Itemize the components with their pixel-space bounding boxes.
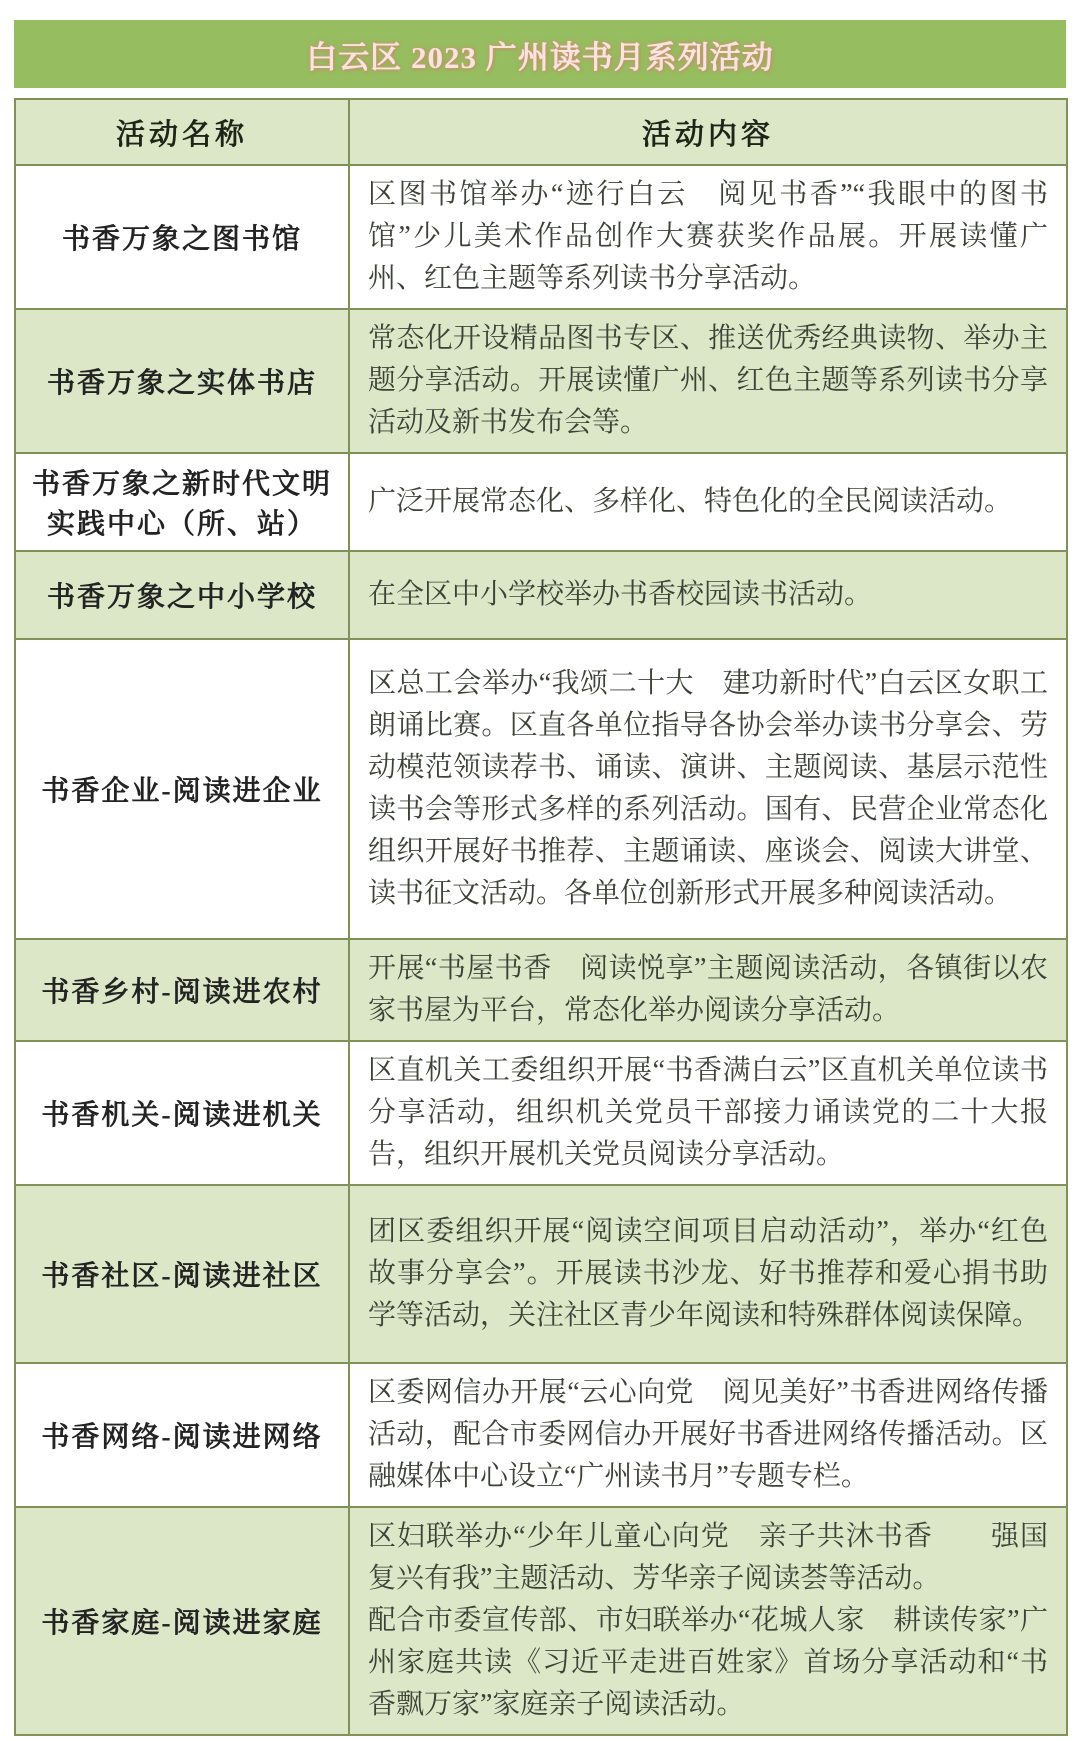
table-row: 书香网络-阅读进网络 区委网信办开展“云心向党 阅见美好”书香进网络传播活动，配… [15,1363,1067,1507]
activity-content: 区委网信办开展“云心向党 阅见美好”书香进网络传播活动，配合市委网信办开展好书香… [349,1363,1067,1507]
activity-name: 书香企业-阅读进企业 [15,639,349,939]
activity-content: 在全区中小学校举办书香校园读书活动。 [349,551,1067,639]
activity-name: 书香万象之实体书店 [15,309,349,453]
activity-content: 团区委组织开展“阅读空间项目启动活动”，举办“红色故事分享会”。开展读书沙龙、好… [349,1185,1067,1363]
activity-name: 书香乡村-阅读进农村 [15,939,349,1041]
column-header-activity-content: 活动内容 [349,99,1067,165]
activity-name: 书香万象之新时代文明实践中心（所、站） [15,453,349,551]
activity-content: 开展“书屋书香 阅读悦享”主题阅读活动，各镇街以农家书屋为平台，常态化举办阅读分… [349,939,1067,1041]
table-row: 书香万象之新时代文明实践中心（所、站） 广泛开展常态化、多样化、特色化的全民阅读… [15,453,1067,551]
column-header-activity-name: 活动名称 [15,99,349,165]
activity-name: 书香万象之中小学校 [15,551,349,639]
table-row: 书香家庭-阅读进家庭 区妇联举办“少年儿童心向党 亲子共沐书香 强国复兴有我”主… [15,1507,1067,1735]
table-body: 书香万象之图书馆 区图书馆举办“迹行白云 阅见书香”“我眼中的图书馆”少儿美术作… [15,165,1067,1735]
activity-name: 书香万象之图书馆 [15,165,349,309]
table-row: 书香乡村-阅读进农村 开展“书屋书香 阅读悦享”主题阅读活动，各镇街以农家书屋为… [15,939,1067,1041]
table-row: 书香企业-阅读进企业 区总工会举办“我颂二十大 建功新时代”白云区女职工朗诵比赛… [15,639,1067,939]
activity-name: 书香家庭-阅读进家庭 [15,1507,349,1735]
activity-content: 区图书馆举办“迹行白云 阅见书香”“我眼中的图书馆”少儿美术作品创作大赛获奖作品… [349,165,1067,309]
table-row: 书香社区-阅读进社区 团区委组织开展“阅读空间项目启动活动”，举办“红色故事分享… [15,1185,1067,1363]
table-header: 活动名称 活动内容 [15,99,1067,165]
activity-content: 区妇联举办“少年儿童心向党 亲子共沐书香 强国复兴有我”主题活动、芳华亲子阅读荟… [349,1507,1067,1735]
table-row: 书香万象之图书馆 区图书馆举办“迹行白云 阅见书香”“我眼中的图书馆”少儿美术作… [15,165,1067,309]
activity-name: 书香机关-阅读进机关 [15,1041,349,1185]
title-banner: 白云区 2023 广州读书月系列活动 [14,20,1066,88]
activity-name: 书香网络-阅读进网络 [15,1363,349,1507]
header-row: 活动名称 活动内容 [15,99,1067,165]
activity-content: 区直机关工委组织开展“书香满白云”区直机关单位读书分享活动，组织机关党员干部接力… [349,1041,1067,1185]
page-title: 白云区 2023 广州读书月系列活动 [306,32,774,77]
activity-content: 区总工会举办“我颂二十大 建功新时代”白云区女职工朗诵比赛。区直各单位指导各协会… [349,639,1067,939]
page: 白云区 2023 广州读书月系列活动 活动名称 活动内容 书香万象之图书馆 区图… [0,0,1080,1741]
table-row: 书香机关-阅读进机关 区直机关工委组织开展“书香满白云”区直机关单位读书分享活动… [15,1041,1067,1185]
activity-name: 书香社区-阅读进社区 [15,1185,349,1363]
table-row: 书香万象之实体书店 常态化开设精品图书专区、推送优秀经典读物、举办主题分享活动。… [15,309,1067,453]
activities-table: 活动名称 活动内容 书香万象之图书馆 区图书馆举办“迹行白云 阅见书香”“我眼中… [14,98,1068,1736]
activity-content: 常态化开设精品图书专区、推送优秀经典读物、举办主题分享活动。开展读懂广州、红色主… [349,309,1067,453]
activity-content: 广泛开展常态化、多样化、特色化的全民阅读活动。 [349,453,1067,551]
table-row: 书香万象之中小学校 在全区中小学校举办书香校园读书活动。 [15,551,1067,639]
